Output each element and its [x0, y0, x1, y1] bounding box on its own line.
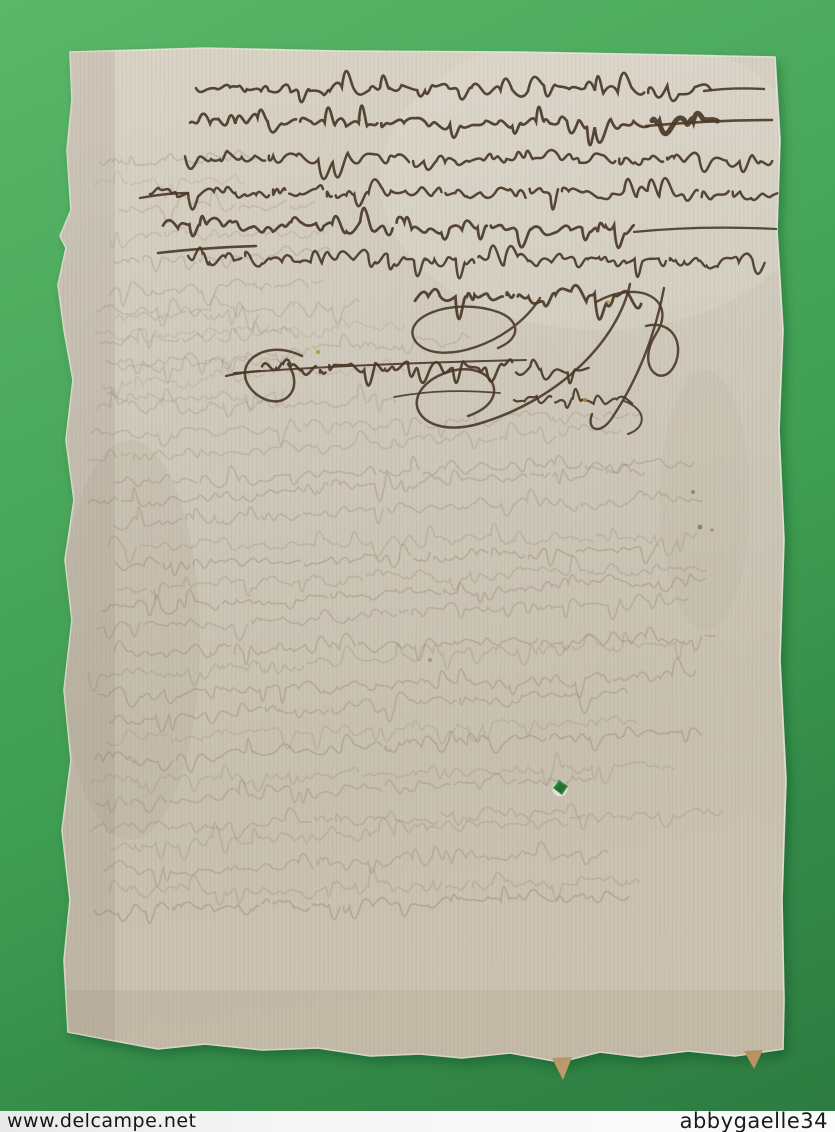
paper-bottom-shade [55, 990, 795, 1070]
paper-highlight [380, 30, 820, 330]
ink-speck [316, 350, 320, 354]
ink-speck [359, 119, 362, 122]
ink-speck [583, 398, 587, 402]
listing-photo: www.delcampe.net abbygaelle34 [0, 0, 835, 1132]
paper-stain [660, 370, 750, 630]
ink-speck [691, 490, 695, 494]
watermark-bar: www.delcampe.net abbygaelle34 [0, 1111, 835, 1132]
ink-speck [711, 529, 714, 532]
manuscript-photo-svg [0, 0, 835, 1132]
ink-speck [698, 525, 703, 530]
watermark-seller: abbygaelle34 [680, 1111, 828, 1132]
watermark-delcampe: www.delcampe.net [7, 1111, 197, 1132]
ink-speck [606, 300, 610, 304]
ink-speck [428, 658, 432, 662]
